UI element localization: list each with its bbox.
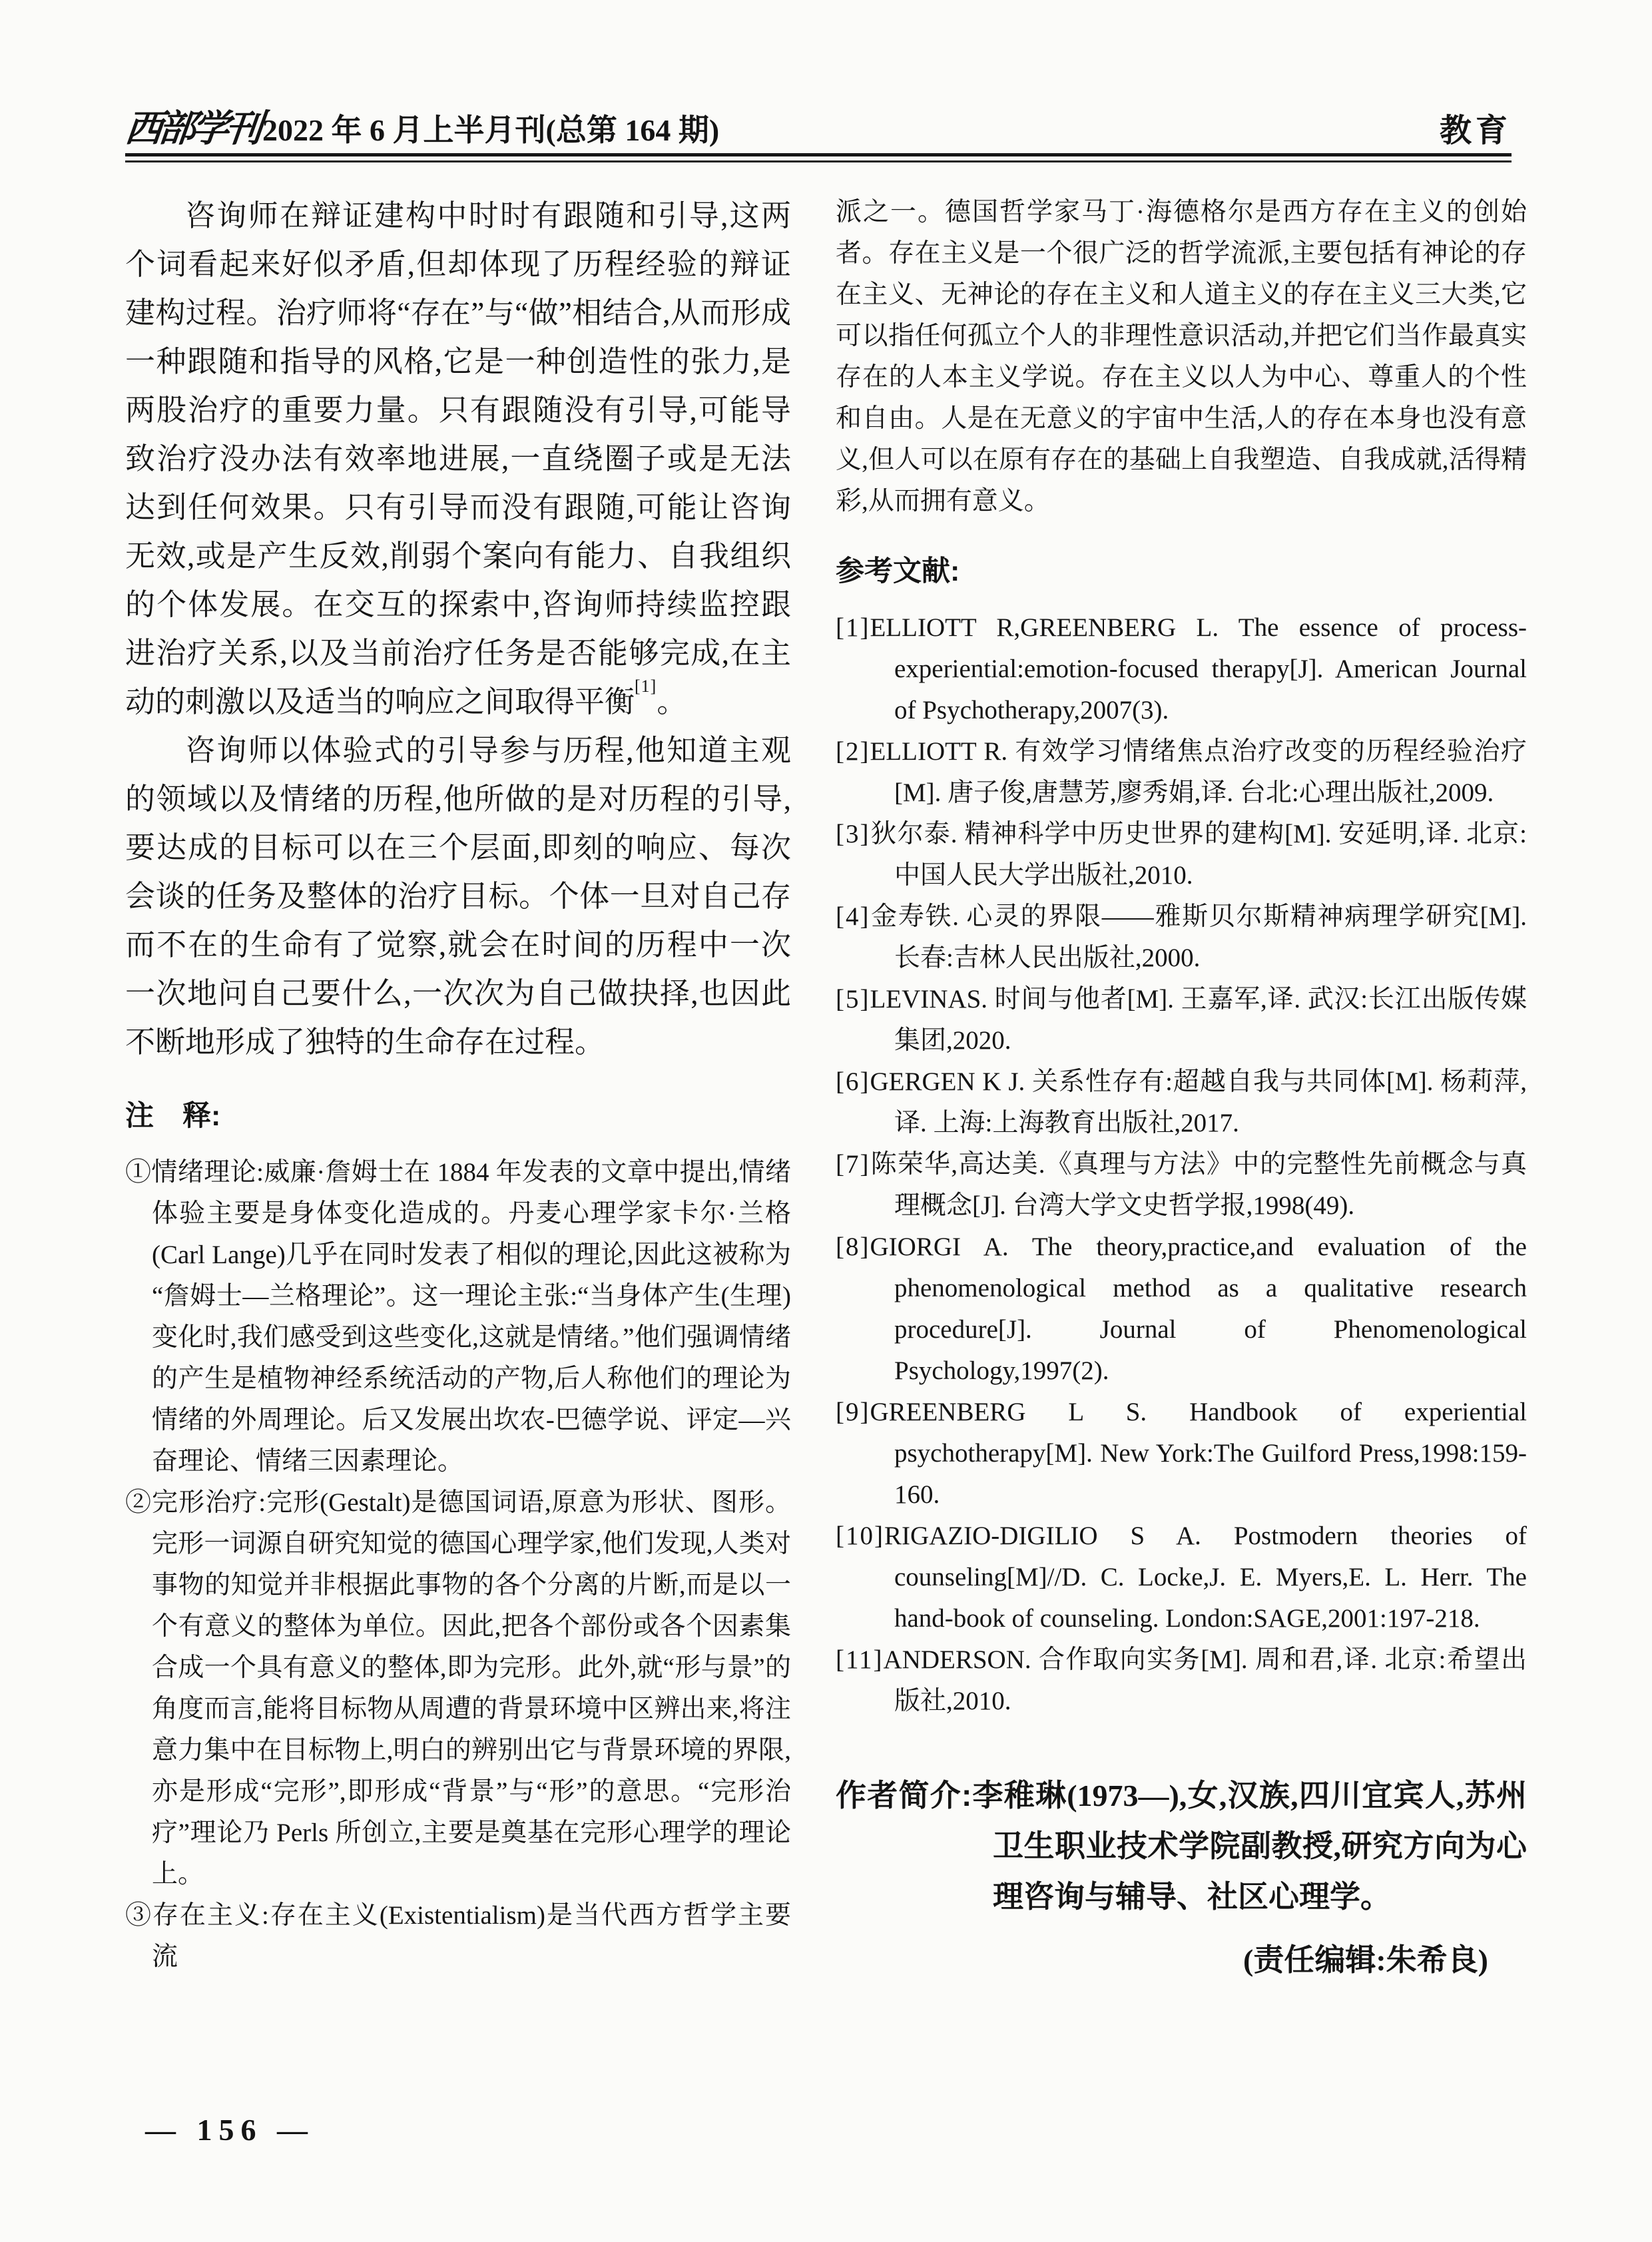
reference-item: [5]LEVINAS. 时间与他者[M]. 王嘉军,译. 武汉:长江出版传媒集团… — [836, 979, 1527, 1061]
journal-logo: 西部学刊 — [123, 108, 261, 150]
reference-label: [4] — [836, 902, 870, 931]
reference-item: [4]金寿铁. 心灵的界限——雅斯贝尔斯精神病理学研究[M]. 长春:吉林人民出… — [836, 896, 1527, 979]
reference-text: GREENBERG L S. Handbook of experiential … — [870, 1398, 1527, 1509]
reference-item: [3]狄尔泰. 精神科学中历史世界的建构[M]. 安延明,译. 北京:中国人民大… — [836, 814, 1527, 896]
reference-item: [7]陈荣华,高达美.《真理与方法》中的完整性先前概念与真理概念[J]. 台湾大… — [836, 1144, 1527, 1227]
notes-heading: 注 释: — [125, 1097, 791, 1135]
reference-text: RIGAZIO-DIGILIO S A. Postmodern theories… — [884, 1522, 1527, 1633]
reference-item: [8]GIORGI A. The theory,practice,and eva… — [836, 1227, 1527, 1392]
note-3-continuation: 派之一。德国哲学家马丁·海德格尔是西方存在主义的创始者。存在主义是一个很广泛的哲… — [836, 192, 1527, 522]
reference-text: ELLIOTT R,GREENBERG L. The essence of pr… — [870, 613, 1527, 724]
reference-label: [6] — [836, 1067, 870, 1096]
note-item-1: ①情绪理论:威廉·詹姆士在 1884 年发表的文章中提出,情绪体验主要是身体变化… — [125, 1152, 791, 1482]
reference-item: [6]GERGEN K J. 关系性存有:超越自我与共同体[M]. 杨莉萍,译.… — [836, 1061, 1527, 1144]
reference-text: 陈荣华,高达美.《真理与方法》中的完整性先前概念与真理概念[J]. 台湾大学文史… — [870, 1150, 1527, 1220]
left-column: 咨询师在辩证建构中时时有跟随和引导,这两个词看起来好似矛盾,但却体现了历程经验的… — [125, 192, 791, 1978]
journal-page: 西部学刊 2022 年 6 月上半月刊(总第 164 期) 教育 咨询师在辩证建… — [0, 0, 1652, 2242]
reference-label: [3] — [836, 820, 870, 848]
note-item-3: ③存在主义:存在主义(Existentialism)是当代西方哲学主要流 — [125, 1895, 791, 1978]
reference-label: [9] — [836, 1398, 870, 1426]
reference-text: ELLIOTT R. 有效学习情绪焦点治疗改变的历程经验治疗[M]. 唐子俊,唐… — [870, 737, 1527, 807]
reference-label: [8] — [836, 1233, 870, 1261]
issue-info: 2022 年 6 月上半月刊(总第 164 期) — [262, 111, 719, 150]
reference-label: [11] — [836, 1645, 884, 1674]
header-rule — [125, 153, 1512, 162]
editor-note: (责任编辑:朱希良) — [836, 1937, 1527, 1984]
author-bio-label: 作者简介: — [836, 1778, 971, 1813]
author-bio-text: 李稚琳(1973—),女,汉族,四川宜宾人,苏州卫生职业技术学院副教授,研究方向… — [971, 1779, 1527, 1914]
reference-label: [2] — [836, 737, 870, 766]
paragraph-text: 咨询师在辩证建构中时时有跟随和引导,这两个词看起来好似矛盾,但却体现了历程经验的… — [125, 199, 791, 718]
right-column: 派之一。德国哲学家马丁·海德格尔是西方存在主义的创始者。存在主义是一个很广泛的哲… — [836, 192, 1527, 1984]
paragraph-text: 。 — [657, 685, 687, 718]
section-label: 教育 — [1440, 112, 1512, 150]
main-paragraph-1: 咨询师在辩证建构中时时有跟随和引导,这两个词看起来好似矛盾,但却体现了历程经验的… — [125, 192, 791, 726]
reference-item: [1]ELLIOTT R,GREENBERG L. The essence of… — [836, 607, 1527, 731]
footnote-marker: [1] — [635, 677, 657, 696]
reference-text: 狄尔泰. 精神科学中历史世界的建构[M]. 安延明,译. 北京:中国人民大学出版… — [870, 820, 1527, 890]
reference-item: [2]ELLIOTT R. 有效学习情绪焦点治疗改变的历程经验治疗[M]. 唐子… — [836, 731, 1527, 814]
reference-label: [10] — [836, 1522, 884, 1550]
reference-label: [7] — [836, 1150, 870, 1179]
reference-text: GIORGI A. The theory,practice,and evalua… — [870, 1233, 1527, 1385]
header-left-group: 西部学刊 2022 年 6 月上半月刊(总第 164 期) — [125, 108, 719, 150]
reference-text: 金寿铁. 心灵的界限——雅斯贝尔斯精神病理学研究[M]. 长春:吉林人民出版社,… — [870, 902, 1527, 972]
reference-label: [5] — [836, 985, 870, 1013]
author-bio: 作者简介:李稚琳(1973—),女,汉族,四川宜宾人,苏州卫生职业技术学院副教授… — [836, 1770, 1527, 1922]
reference-label: [1] — [836, 613, 870, 642]
reference-item: [11]ANDERSON. 合作取向实务[M]. 周和君,译. 北京:希望出版社… — [836, 1639, 1527, 1722]
note-item-2: ②完形治疗:完形(Gestalt)是德国词语,原意为形状、图形。完形一词源自研究… — [125, 1482, 791, 1895]
page-header: 西部学刊 2022 年 6 月上半月刊(总第 164 期) 教育 — [125, 108, 1512, 150]
main-paragraph-2: 咨询师以体验式的引导参与历程,他知道主观的领域以及情绪的历程,他所做的是对历程的… — [125, 726, 791, 1067]
page-number: — 156 — — [145, 2112, 314, 2147]
reference-text: LEVINAS. 时间与他者[M]. 王嘉军,译. 武汉:长江出版传媒集团,20… — [870, 985, 1527, 1055]
references-heading: 参考文献: — [836, 553, 1527, 590]
reference-text: GERGEN K J. 关系性存有:超越自我与共同体[M]. 杨莉萍,译. 上海… — [870, 1067, 1527, 1137]
reference-item: [9]GREENBERG L S. Handbook of experienti… — [836, 1392, 1527, 1516]
reference-item: [10]RIGAZIO-DIGILIO S A. Postmodern theo… — [836, 1516, 1527, 1639]
reference-text: ANDERSON. 合作取向实务[M]. 周和君,译. 北京:希望出版社,201… — [884, 1645, 1527, 1715]
